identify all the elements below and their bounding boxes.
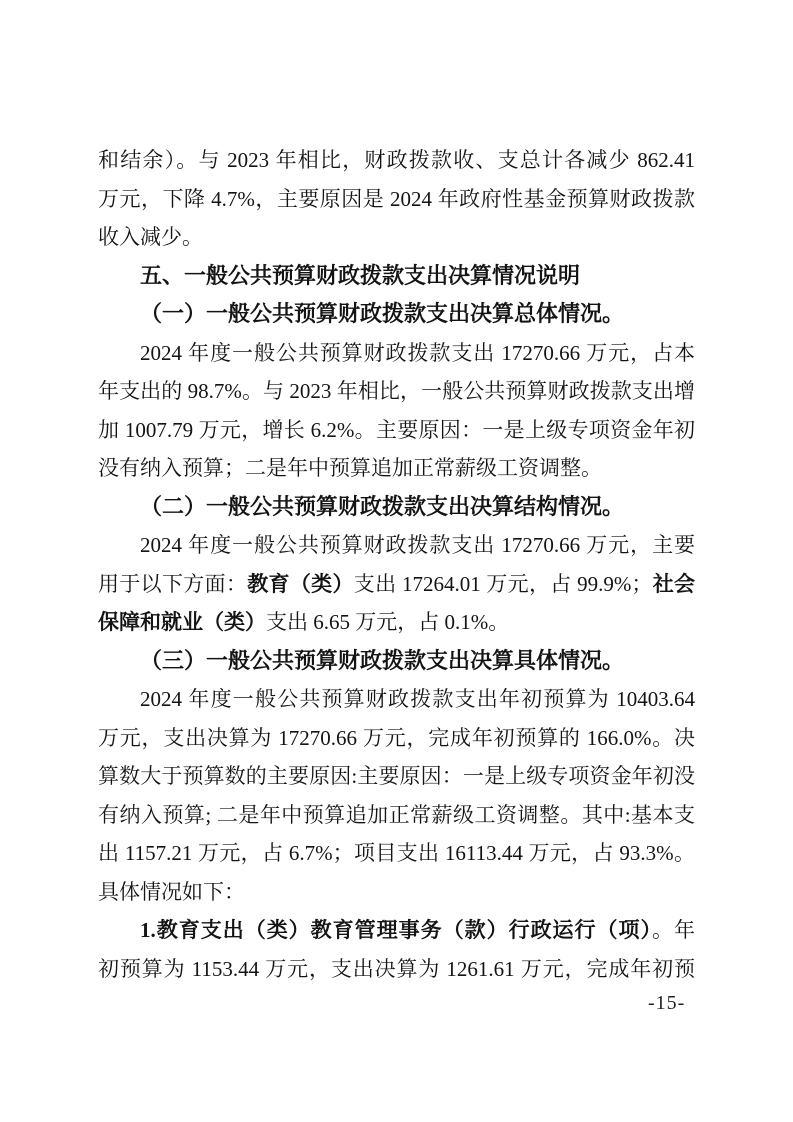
- text-segment: 万元，下降 4.7%，主要原因是 2024 年政府性基金预算财政拨款: [98, 187, 695, 211]
- text-segment: 保障和就业（类）: [98, 610, 266, 634]
- text-segment: 支出 6.65 万元，占 0.1%。: [266, 610, 509, 634]
- text-segment: 和结余）。与 2023 年相比，财政拨款收、支总计各减少 862.41: [98, 148, 695, 172]
- text-segment: 年支出的 98.7%。与 2023 年相比，一般公共预算财政拨款支出增: [98, 379, 695, 403]
- text-segment: 算数大于预算数的主要原因:主要原因：一是上级专项资金年初没: [98, 764, 695, 788]
- text-segment: 2024 年度一般公共预算财政拨款支出年初预算为 10403.64: [140, 687, 695, 711]
- document-page: 和结余）。与 2023 年相比，财政拨款收、支总计各减少 862.41万元，下降…: [0, 0, 793, 1122]
- text-segment: （一）一般公共预算财政拨款支出决算总体情况。: [140, 301, 624, 326]
- subsection-heading-one: （一）一般公共预算财政拨款支出决算总体情况。: [98, 295, 695, 334]
- para-carryover-line-2: 万元，下降 4.7%，主要原因是 2024 年政府性基金预算财政拨款: [98, 180, 695, 219]
- text-segment: 支出 17264.01 万元，占 99.9%；: [354, 572, 653, 596]
- text-segment: 万元，支出决算为 17270.66 万元，完成年初预算的 166.0%。决: [98, 726, 695, 750]
- text-segment: 。年: [652, 918, 695, 942]
- para-item1-line-2: 初预算为 1153.44 万元，支出决算为 1261.61 万元，完成年初预: [98, 950, 695, 989]
- para-overall-line-3: 加 1007.79 万元，增长 6.2%。主要原因：一是上级专项资金年初: [98, 411, 695, 450]
- text-segment: 1.教育支出（类）教育管理事务（款）行政运行（项）: [140, 918, 652, 942]
- text-segment: 没有纳入预算；二是年中预算追加正常薪级工资调整。: [98, 456, 602, 480]
- para-structure-line-2: 用于以下方面：教育（类）支出 17264.01 万元，占 99.9%；社会: [98, 565, 695, 604]
- para-overall-line-1: 2024 年度一般公共预算财政拨款支出 17270.66 万元，占本: [98, 334, 695, 373]
- para-overall-line-4: 没有纳入预算；二是年中预算追加正常薪级工资调整。: [98, 449, 695, 488]
- text-segment: 用于以下方面：: [98, 572, 247, 596]
- text-segment: 教育（类）: [247, 572, 354, 596]
- para-carryover-line-3: 收入减少。: [98, 218, 695, 257]
- para-structure-line-3: 保障和就业（类）支出 6.65 万元，占 0.1%。: [98, 603, 695, 642]
- text-segment: 2024 年度一般公共预算财政拨款支出 17270.66 万元，占本: [140, 341, 695, 365]
- para-detail-line-2: 万元，支出决算为 17270.66 万元，完成年初预算的 166.0%。决: [98, 719, 695, 758]
- para-detail-line-1: 2024 年度一般公共预算财政拨款支出年初预算为 10403.64: [98, 680, 695, 719]
- subsection-heading-three: （三）一般公共预算财政拨款支出决算具体情况。: [98, 642, 695, 681]
- subsection-heading-two: （二）一般公共预算财政拨款支出决算结构情况。: [98, 488, 695, 527]
- text-segment: 社会: [652, 572, 695, 596]
- para-overall-line-2: 年支出的 98.7%。与 2023 年相比，一般公共预算财政拨款支出增: [98, 372, 695, 411]
- para-carryover-line-1: 和结余）。与 2023 年相比，财政拨款收、支总计各减少 862.41: [98, 141, 695, 180]
- para-detail-line-5: 出 1157.21 万元，占 6.7%；项目支出 16113.44 万元，占 9…: [98, 834, 695, 873]
- text-segment: 加 1007.79 万元，增长 6.2%。主要原因：一是上级专项资金年初: [98, 418, 695, 442]
- para-item1-line-1: 1.教育支出（类）教育管理事务（款）行政运行（项）。年: [98, 911, 695, 950]
- text-segment: 出 1157.21 万元，占 6.7%；项目支出 16113.44 万元，占 9…: [98, 841, 695, 865]
- text-segment: 2024 年度一般公共预算财政拨款支出 17270.66 万元，主要: [140, 533, 695, 557]
- document-body: 和结余）。与 2023 年相比，财政拨款收、支总计各减少 862.41万元，下降…: [98, 141, 695, 988]
- text-segment: （三）一般公共预算财政拨款支出决算具体情况。: [140, 648, 624, 673]
- para-detail-line-6: 具体情况如下：: [98, 873, 695, 912]
- section-heading-five: 五、一般公共预算财政拨款支出决算情况说明: [98, 257, 695, 296]
- text-segment: （二）一般公共预算财政拨款支出决算结构情况。: [140, 494, 624, 519]
- para-detail-line-4: 有纳入预算; 二是年中预算追加正常薪级工资调整。其中:基本支: [98, 796, 695, 835]
- text-segment: 有纳入预算; 二是年中预算追加正常薪级工资调整。其中:基本支: [98, 803, 695, 827]
- para-structure-line-1: 2024 年度一般公共预算财政拨款支出 17270.66 万元，主要: [98, 526, 695, 565]
- page-number: -15-: [648, 988, 685, 1018]
- text-segment: 五、一般公共预算财政拨款支出决算情况说明: [140, 263, 580, 288]
- para-detail-line-3: 算数大于预算数的主要原因:主要原因：一是上级专项资金年初没: [98, 757, 695, 796]
- text-segment: 具体情况如下：: [98, 880, 245, 904]
- text-segment: 收入减少。: [98, 225, 203, 249]
- text-segment: 初预算为 1153.44 万元，支出决算为 1261.61 万元，完成年初预: [98, 957, 695, 981]
